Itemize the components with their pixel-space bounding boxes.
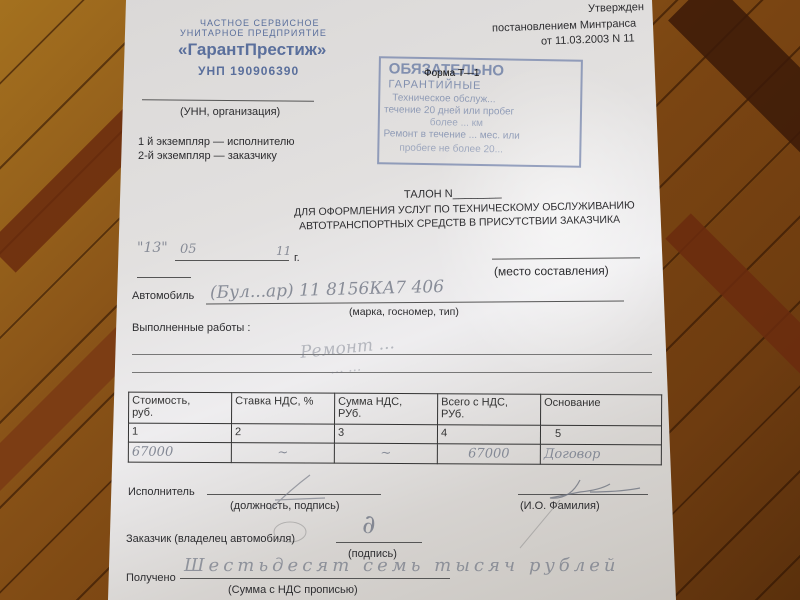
vehicle-value[interactable]: (Бул...ар) 11 8156КА7 406: [210, 277, 445, 303]
date-month-line: [175, 260, 289, 261]
floor-plank: [665, 213, 800, 422]
unn-label: (УНН, организация): [180, 106, 280, 118]
table-header-vat-rate: Ставка НДС, %: [232, 393, 335, 425]
table-cell-vat-sum[interactable]: ~: [334, 443, 437, 464]
works-value-line1[interactable]: Ремонт ...: [299, 333, 395, 363]
received-value[interactable]: Шестьдесят семь тысяч рублей: [184, 555, 619, 576]
form-label: Форма Т—1: [424, 68, 479, 79]
warranty-stamp-line2: ГАРАНТИЙНЫЕ: [388, 78, 481, 92]
copy-1-note: 1 й экземпляр — исполнителю: [138, 136, 295, 148]
warranty-stamp-line6: Ремонт в течение ... мес. или: [384, 128, 520, 141]
works-line-1: [132, 354, 652, 355]
warranty-stamp-line4: течение 20 дней или пробег: [384, 104, 514, 117]
table-cell-total[interactable]: 67000: [437, 444, 540, 465]
cost-table: Стоимость, руб. Ставка НДС, % Сумма НДС,…: [128, 392, 662, 466]
copy-2-note: 2-й экземпляр — заказчику: [138, 150, 277, 162]
customer-label: Заказчик (владелец автомобиля): [126, 533, 295, 545]
warranty-stamp-line7: пробеге не более 20...: [399, 143, 503, 156]
date-month: 05: [180, 242, 197, 257]
executor-signature-scribble: [250, 470, 670, 550]
table-header-total: Всего с НДС, РУб.: [438, 394, 541, 426]
warranty-stamp: ОБЯЗАТЕЛЬНО ГАРАНТИЙНЫЕ Техническое обсл…: [377, 56, 583, 168]
received-line: [180, 578, 450, 579]
table-col-number: 1: [128, 423, 231, 443]
date-day: "13": [137, 240, 168, 256]
table-col-number: 5: [540, 425, 661, 445]
approval-line1: Утвержден: [588, 1, 644, 15]
executor-label: Исполнитель: [128, 486, 195, 498]
org-stamp-line1: ЧАСТНОЕ СЕРВИСНОЕ: [200, 18, 320, 28]
org-stamp-unp: УНП 190906390: [198, 64, 299, 78]
works-value-line2: ... ...: [329, 358, 362, 377]
table-cell-basis[interactable]: Договор: [540, 444, 661, 465]
received-label: Получено: [126, 572, 176, 584]
approval-line2: постановлением Минтранса: [492, 17, 637, 34]
vehicle-hint: (марка, госномер, тип): [349, 306, 459, 318]
customer-signature-line[interactable]: [336, 542, 422, 543]
date-year: 11: [276, 244, 291, 258]
unn-underline: [142, 99, 314, 102]
org-stamp-name: «ГарантПрестиж»: [178, 40, 326, 60]
place-label: (место составления): [494, 263, 609, 278]
table-header-basis: Основание: [541, 394, 662, 426]
date-year-suffix: г.: [294, 252, 300, 264]
floor-plank: [668, 0, 800, 162]
table-header-cost: Стоимость, руб.: [129, 392, 232, 424]
table-cell-cost[interactable]: 67000: [128, 442, 231, 463]
table-row: 67000 ~ ~ 67000 Договор: [128, 442, 661, 465]
received-hint: (Сумма с НДС прописью): [228, 584, 358, 596]
warranty-stamp-line5: более ... км: [430, 117, 483, 129]
table-col-number: 2: [231, 424, 334, 444]
works-label: Выполненные работы :: [132, 322, 250, 334]
table-col-number: 4: [437, 425, 540, 445]
vehicle-label: Автомобиль: [132, 290, 194, 302]
table-col-number: 3: [334, 424, 437, 444]
warranty-stamp-line3: Техническое обслуж...: [392, 92, 495, 105]
table-header-row: Стоимость, руб. Ставка НДС, % Сумма НДС,…: [129, 392, 662, 426]
customer-signature: ∂: [362, 510, 375, 540]
table-header-vat-sum: Сумма НДС, РУб.: [335, 393, 438, 425]
date-underline: [137, 277, 191, 278]
org-stamp-line2: УНИТАРНОЕ ПРЕДПРИЯТИЕ: [180, 28, 327, 38]
works-line-2: [132, 372, 652, 373]
talon-number: ТАЛОН N________: [404, 187, 502, 201]
table-cell-vat-rate[interactable]: ~: [231, 443, 334, 464]
approval-line3: от 11.03.2003 N 11: [541, 32, 635, 47]
